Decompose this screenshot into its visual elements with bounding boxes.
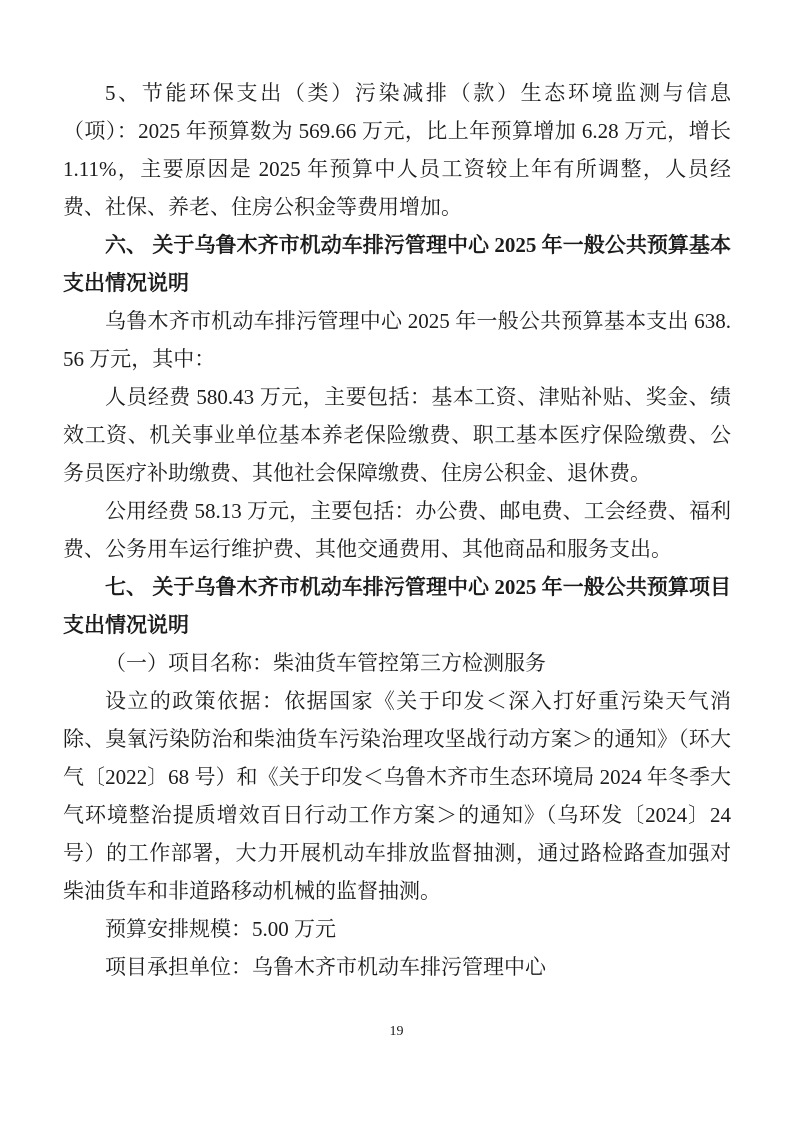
- section-heading-7-project-expenditure: 七、 关于乌鲁木齐市机动车排污管理中心 2025 年一般公共预算项目支出情况说明: [63, 568, 731, 644]
- paragraph-undertaking-unit: 项目承担单位：乌鲁木齐市机动车排污管理中心: [63, 948, 731, 986]
- paragraph-basic-expenditure-total: 乌鲁木齐市机动车排污管理中心 2025 年一般公共预算基本支出 638.56 万…: [63, 302, 731, 378]
- document-page: 5、节能环保支出（类）污染减排（款）生态环境监测与信息（项）：2025 年预算数…: [63, 74, 731, 986]
- page-number: 19: [390, 1024, 404, 1039]
- paragraph-budget-scale: 预算安排规模：5.00 万元: [63, 910, 731, 948]
- paragraph-public-funds: 公用经费 58.13 万元，主要包括：办公费、邮电费、工会经费、福利费、公务用车…: [63, 492, 731, 568]
- paragraph-project-name: （一）项目名称：柴油货车管控第三方检测服务: [63, 644, 731, 682]
- paragraph-personnel-funds: 人员经费 580.43 万元，主要包括：基本工资、津贴补贴、奖金、绩效工资、机关…: [63, 378, 731, 492]
- page-footer: 19: [0, 1022, 793, 1040]
- paragraph-policy-basis: 设立的政策依据：依据国家《关于印发＜深入打好重污染天气消除、臭氧污染防治和柴油货…: [63, 682, 731, 910]
- section-heading-6-basic-expenditure: 六、 关于乌鲁木齐市机动车排污管理中心 2025 年一般公共预算基本支出情况说明: [63, 226, 731, 302]
- paragraph-energy-conservation-item-5: 5、节能环保支出（类）污染减排（款）生态环境监测与信息（项）：2025 年预算数…: [63, 74, 731, 226]
